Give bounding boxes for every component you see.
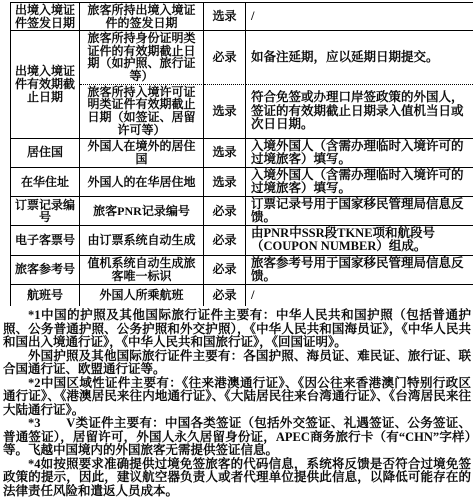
footnote-3: *3 V类证件主要有：中国各类签证（包括外交签证、礼遇签证、公务签证、普通签证）… [3,417,471,458]
field-desc-cell: 外国人的在华居住地 [80,168,204,197]
remark-cell: 入境外国人（含需办理临时入境许可的过境旅客）填写。 [246,168,473,197]
api-fields-table: 出境入境证件签发日期 旅客所持出境入境证件的签发日期 选录 / 出境入境证件有效… [10,2,473,306]
remark-cell: 订票记录号用于国家移民管理局信息反馈。 [246,197,473,226]
field-desc-cell: 旅客所持出境入境证件的签发日期 [80,3,204,31]
table-row: 出境入境证件有效期截止日期 旅客所持身份证明类证件的有效期截止日期（如护照、旅行… [11,31,473,84]
table-row: 电子客票号 由订票系统自动生成 必录 由PNR中SSR段TKNE项和航段号（CO… [11,226,473,255]
remark-cell: 如备注延期，应以延期日期提交。 [246,31,473,84]
required-cell: 必录 [204,197,246,226]
field-name-cell: 出境入境证件有效期截止日期 [11,31,80,138]
required-cell: 选录 [204,139,246,168]
remark-cell: 符合免签或办理口岸签政策的外国人，签证的有效期截止日期录入值机当日或次日日期。 [246,85,473,139]
field-desc-cell: 外国人在境外的居住国 [80,139,204,168]
remark-cell: / [246,3,473,31]
field-desc-cell: 旅客PNR记录编号 [80,197,204,226]
remark-cell: 由PNR中SSR段TKNE项和航段号（COUPON NUMBER）组成。 [246,226,473,255]
field-desc-cell: 由订票系统自动生成 [80,226,204,255]
required-cell: 必录 [204,31,246,84]
field-name-cell: 旅客参考号 [11,256,80,285]
remark-cell: / [246,285,473,306]
footnotes: *1中国的护照及其他国际旅行证件主要有：中华人民共和国护照（包括普通护照、公务普… [3,309,471,498]
field-name-cell: 在华住址 [11,168,80,197]
field-name-cell: 航班号 [11,285,80,306]
field-name-cell: 出境入境证件签发日期 [11,3,80,31]
remark-cell: 旅客参考号用于国家移民管理局信息反馈。 [246,256,473,285]
table-row: 订票记录编号 旅客PNR记录编号 必录 订票记录号用于国家移民管理局信息反馈。 [11,197,473,226]
field-name-cell: 居住国 [11,139,80,168]
field-name-cell: 电子客票号 [11,226,80,255]
field-desc-cell: 值机系统自动生成旅客唯一标识 [80,256,204,285]
field-desc-cell: 旅客所持身份证明类证件的有效期截止日期（如护照、旅行证等） [80,31,204,84]
required-cell: 选录 [204,168,246,197]
table-row: 旅客参考号 值机系统自动生成旅客唯一标识 必录 旅客参考号用于国家移民管理局信息… [11,256,473,285]
required-cell: 选录 [204,85,246,139]
table-row: 航班号 外国人所乘航班 必录 / [11,285,473,306]
field-desc-cell: 旅客所持入境许可证明类证件有效期截止日期（如签证、居留许可等） [80,85,204,139]
field-name-cell: 订票记录编号 [11,197,80,226]
table-row: 旅客所持入境许可证明类证件有效期截止日期（如签证、居留许可等） 选录 符合免签或… [11,85,473,139]
required-cell: 必录 [204,256,246,285]
field-desc-cell: 外国人所乘航班 [80,285,204,306]
passenger-info-table: 出境入境证件签发日期 旅客所持出境入境证件的签发日期 选录 / 出境入境证件有效… [10,2,473,306]
document-page: 出境入境证件签发日期 旅客所持出境入境证件的签发日期 选录 / 出境入境证件有效… [0,0,473,500]
footnote-2: *2中国区域性证件主要有：《往来港澳通行证》、《因公往来香港澳门特别行政区通行证… [3,377,471,418]
table-row: 出境入境证件签发日期 旅客所持出境入境证件的签发日期 选录 / [11,3,473,31]
table-row: 居住国 外国人在境外的居住国 选录 入境外国人（含需办理临时入境许可的过境旅客）… [11,139,473,168]
footnote-4: *4如按照要求准确提供过境免签旅客的代码信息，系统将反馈是否符合过境免签政策的提… [3,458,471,499]
table-row: 在华住址 外国人的在华居住地 选录 入境外国人（含需办理临时入境许可的过境旅客）… [11,168,473,197]
remark-cell: 入境外国人（含需办理临时入境许可的过境旅客）填写。 [246,139,473,168]
footnote-1-continued: 外国护照及其他国际旅行证件主要有：各国护照、海员证、难民证、旅行证、联合国通行证… [3,350,471,377]
required-cell: 必录 [204,226,246,255]
required-cell: 选录 [204,3,246,31]
footnote-1: *1中国的护照及其他国际旅行证件主要有：中华人民共和国护照（包括普通护照、公务普… [3,309,471,350]
required-cell: 必录 [204,285,246,306]
